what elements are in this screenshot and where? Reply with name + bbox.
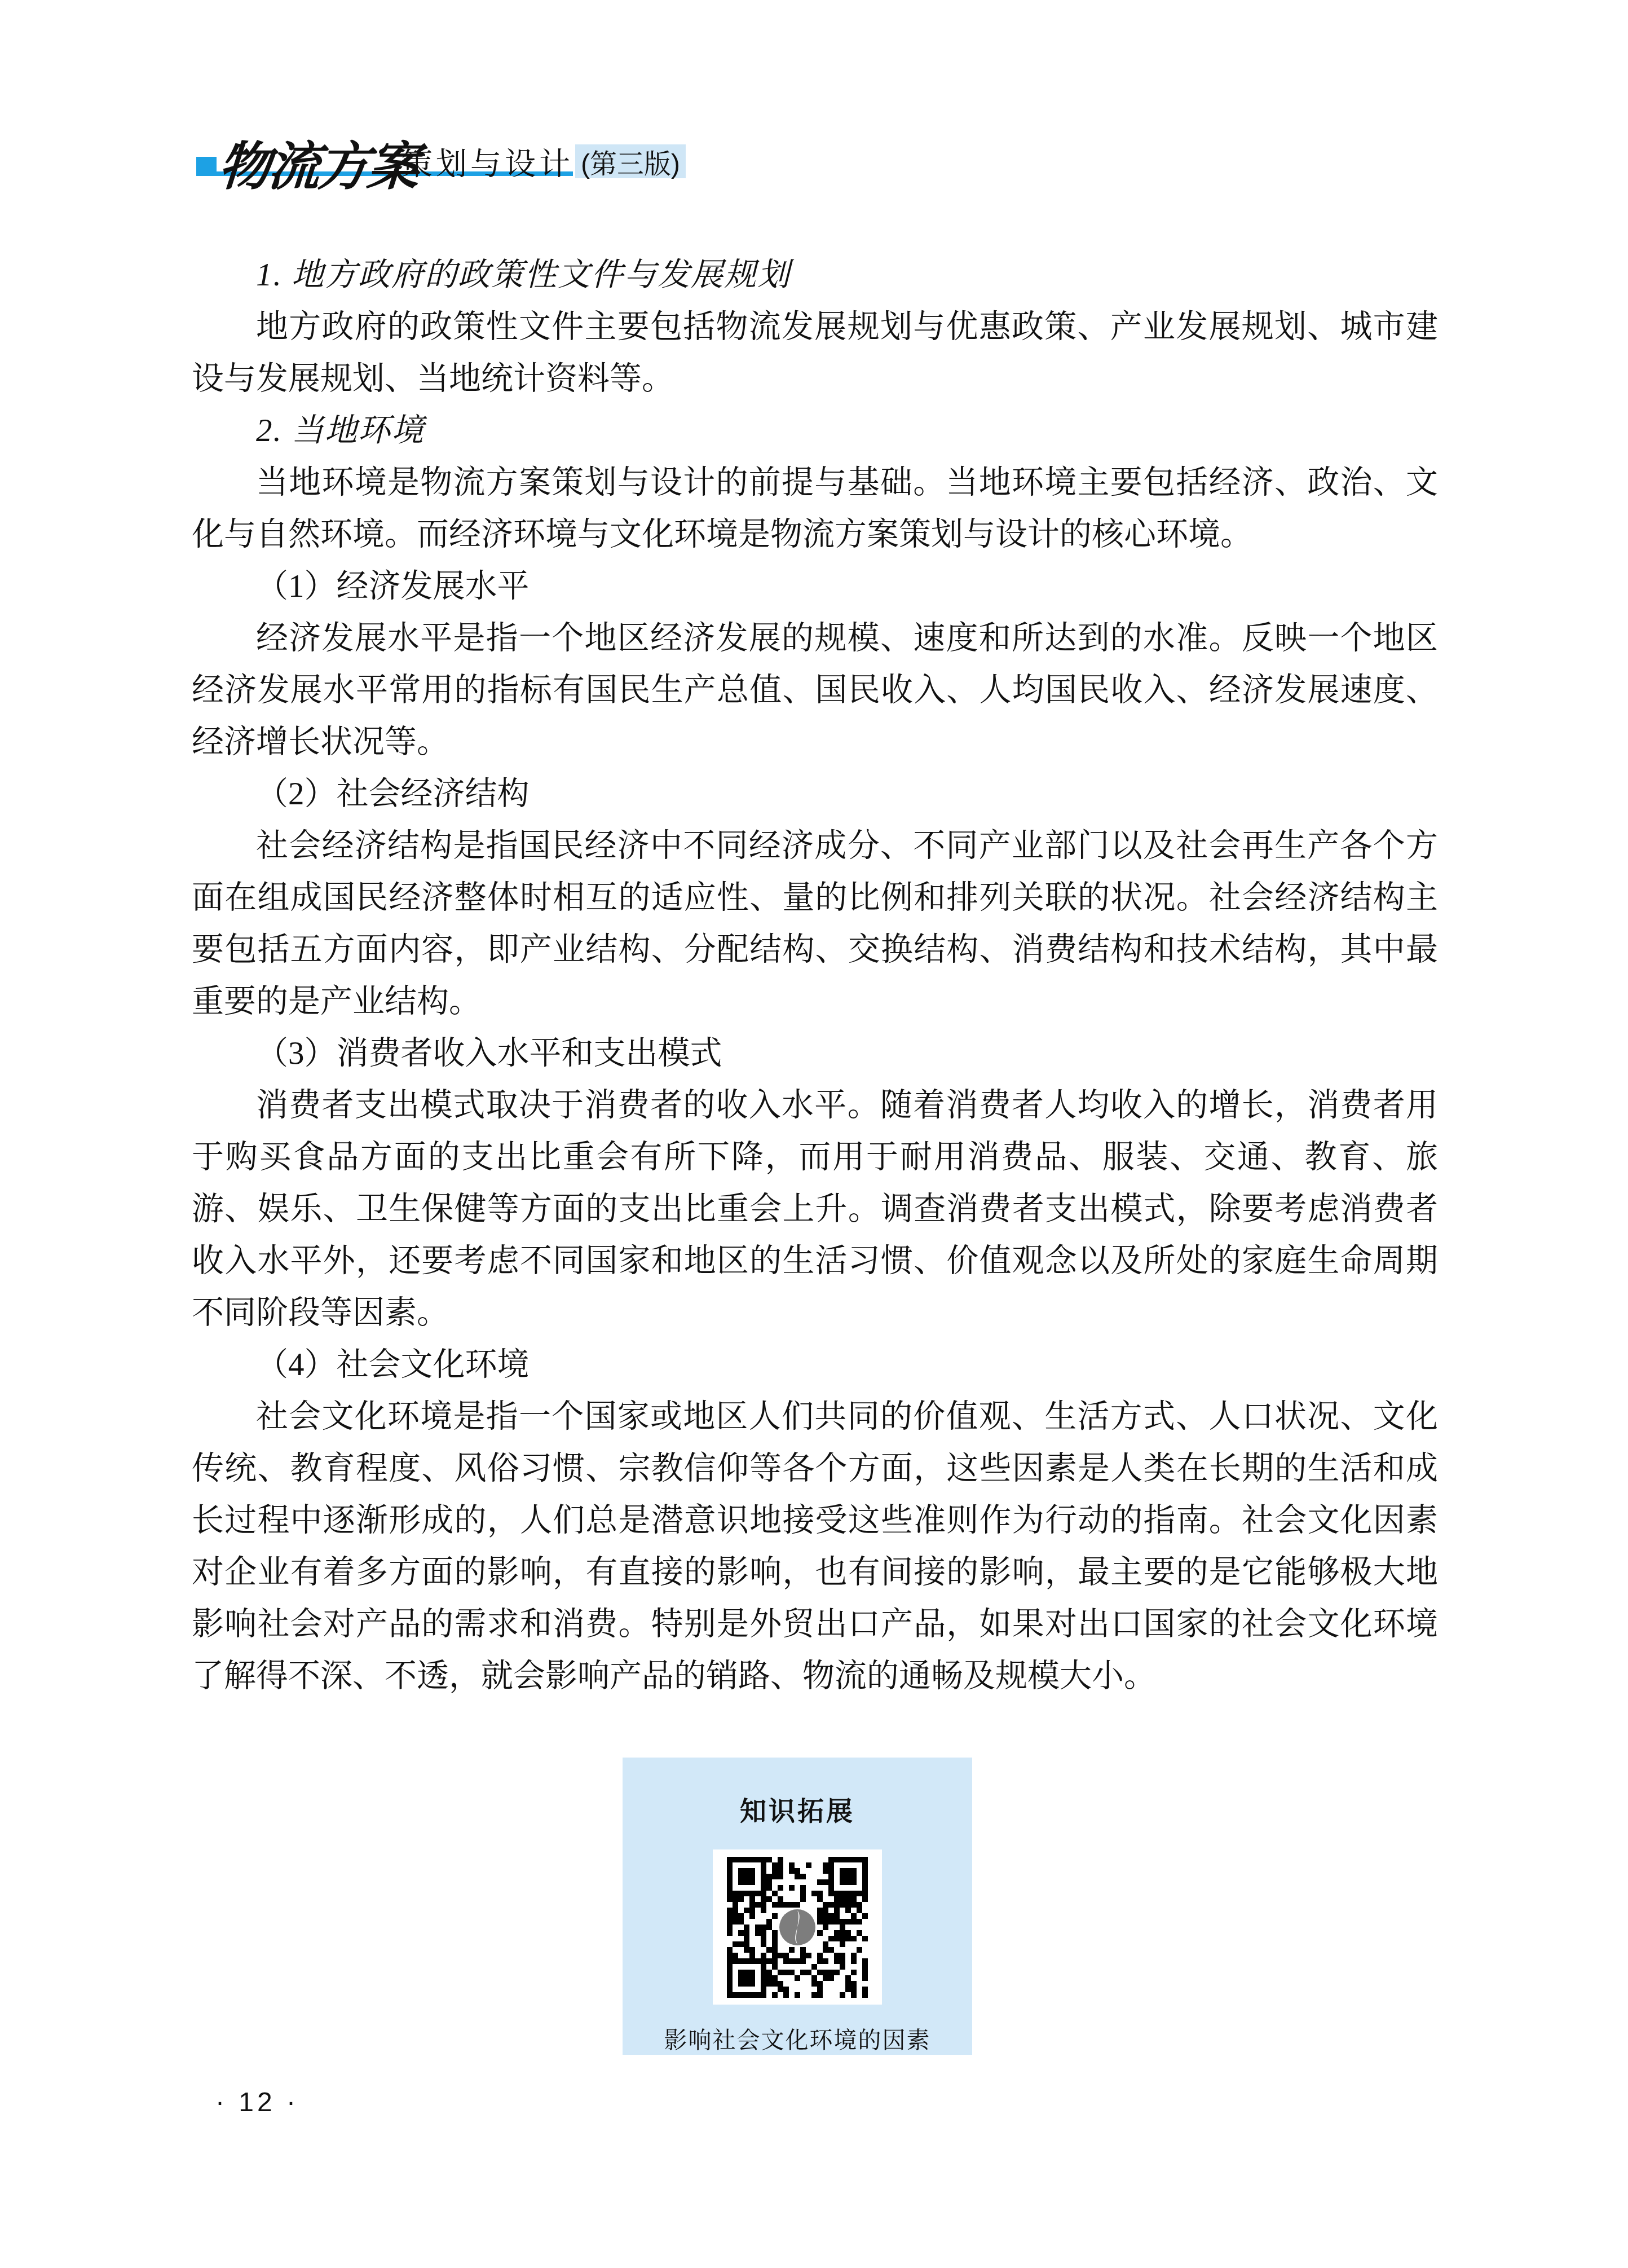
page-number: · 12 · — [215, 2087, 299, 2118]
numbered_heading: 2. 当地环境 — [192, 405, 1438, 457]
qr-code — [727, 1857, 868, 1998]
paragraph: 社会文化环境是指一个国家或地区人们共同的价值观、生活方式、人口状况、文化传统、教… — [192, 1391, 1438, 1702]
book-title-calligraphy: 物流方案 — [216, 125, 420, 200]
body-sections: 1. 地方政府的政策性文件与发展规划地方政府的政策性文件主要包括物流发展规划与优… — [192, 249, 1438, 1702]
edition-badge: (第三版) — [575, 144, 686, 178]
sub_heading: （1）经济发展水平 — [192, 561, 1438, 613]
sub_heading: （4）社会文化环境 — [192, 1339, 1438, 1391]
qr-code-icon — [713, 1849, 882, 2005]
sub_heading: （3）消费者收入水平和支出模式 — [192, 1028, 1438, 1080]
knowledge-box-title: 知识拓展 — [740, 1790, 855, 1828]
numbered_heading: 1. 地方政府的政策性文件与发展规划 — [192, 249, 1438, 301]
paragraph: 地方政府的政策性文件主要包括物流发展规划与优惠政策、产业发展规划、城市建设与发展… — [192, 301, 1438, 405]
paragraph: 当地环境是物流方案策划与设计的前提与基础。当地环境主要包括经济、政治、文化与自然… — [192, 457, 1438, 561]
paragraph: 经济发展水平是指一个地区经济发展的规模、速度和所达到的水准。反映一个地区经济发展… — [192, 613, 1438, 768]
paragraph: 消费者支出模式取决于消费者的收入水平。随着消费者人均收入的增长，消费者用于购买食… — [192, 1080, 1438, 1339]
paragraph: 社会经济结构是指国民经济中不同经济成分、不同产业部门以及社会再生产各个方面在组成… — [192, 820, 1438, 1028]
knowledge-extension-box: 知识拓展 影响社会文化环境的因素 — [623, 1758, 972, 2055]
knowledge-box-caption: 影响社会文化环境的因素 — [664, 2022, 931, 2055]
book-subtitle: 策划与设计 — [402, 139, 573, 183]
sub_heading: （2）社会经济结构 — [192, 768, 1438, 820]
